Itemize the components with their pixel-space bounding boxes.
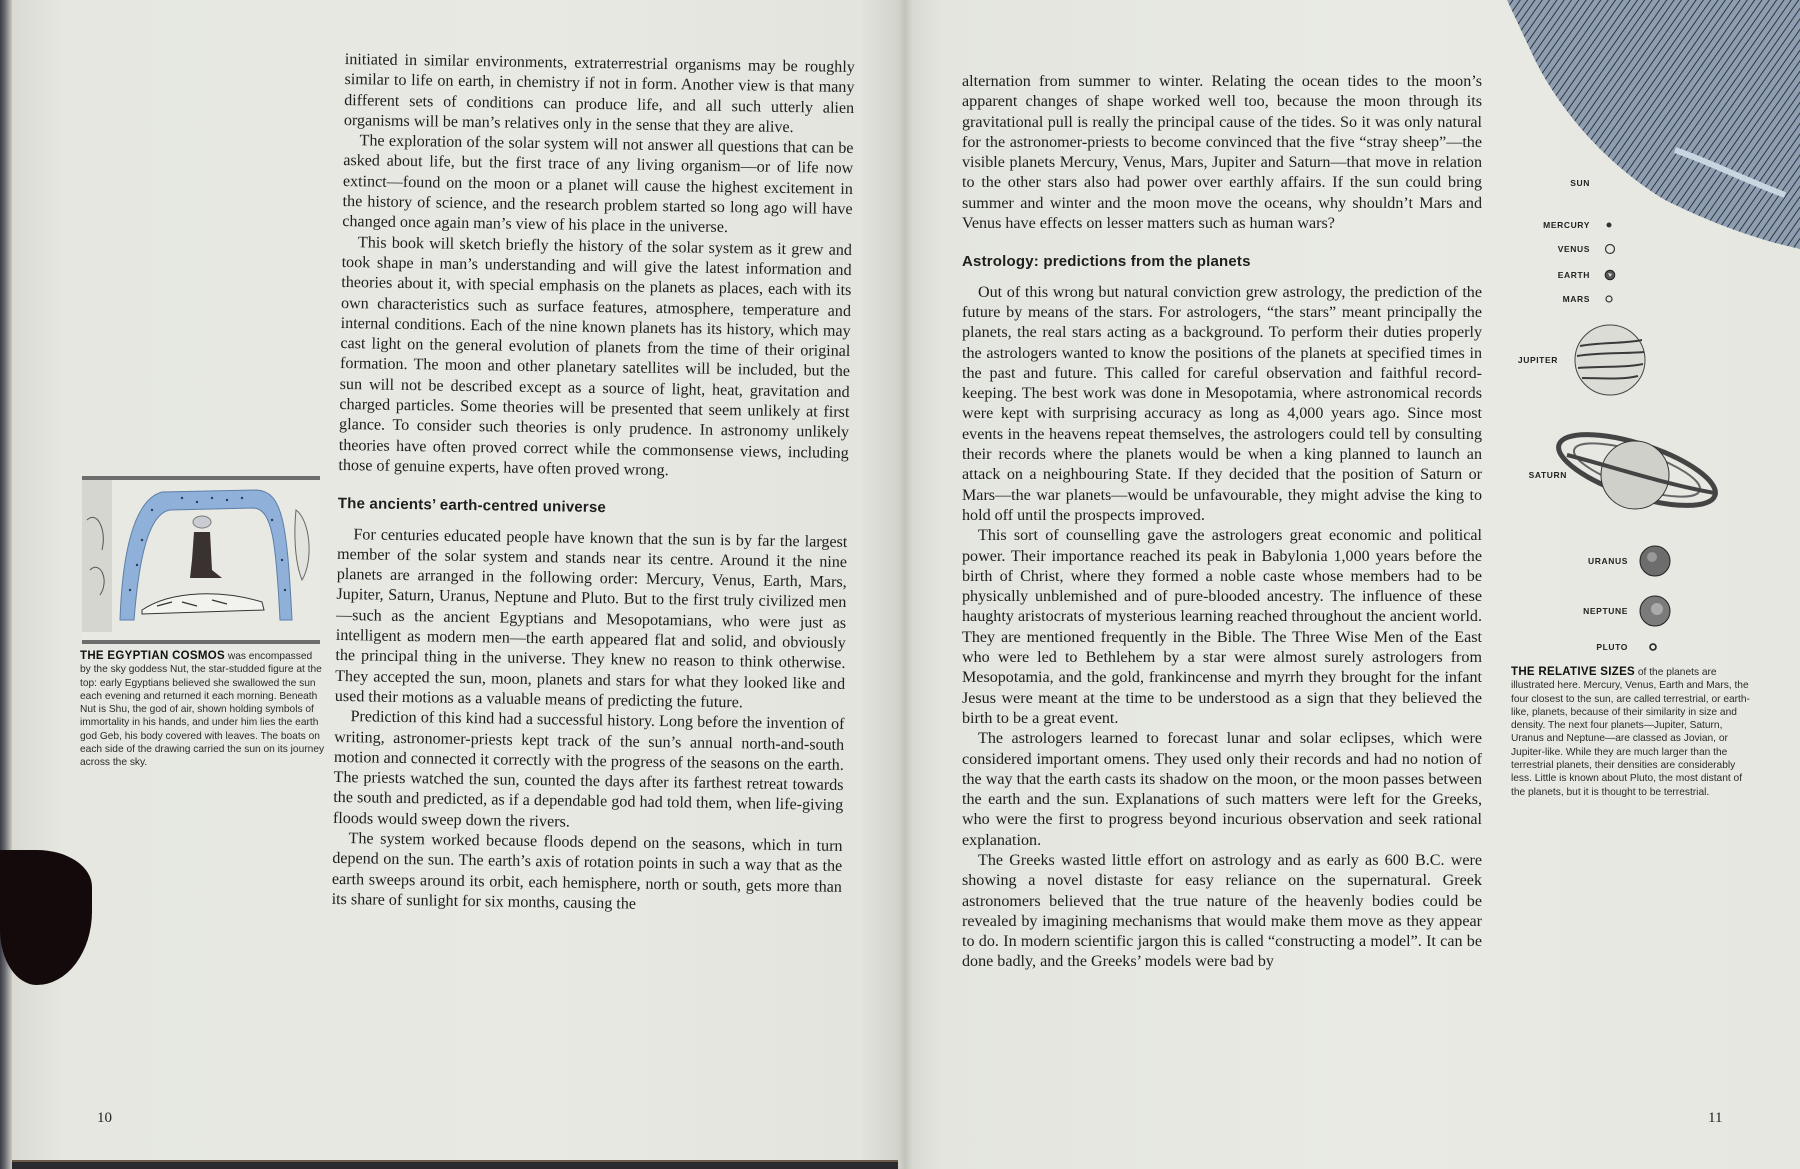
paragraph: This sort of counselling gave the astrol… bbox=[962, 526, 1482, 729]
paragraph: For centuries educated people have known… bbox=[335, 524, 848, 715]
planet-row-earth: EARTH bbox=[1500, 269, 1616, 281]
neptune-icon bbox=[1638, 594, 1672, 628]
section-heading: The ancients’ earth-centred universe bbox=[338, 494, 848, 522]
page-number-left: 10 bbox=[97, 1110, 112, 1127]
egyptian-cosmos-illustration bbox=[82, 476, 320, 644]
earth-icon bbox=[1604, 269, 1616, 281]
venus-icon bbox=[1604, 243, 1616, 255]
planet-label: PLUTO bbox=[1500, 642, 1628, 652]
planet-row-mercury: MERCURY bbox=[1500, 220, 1614, 230]
planet-row-uranus: URANUS bbox=[1500, 544, 1672, 578]
paragraph: Prediction of this kind had a successful… bbox=[333, 707, 845, 837]
egyptian-cosmos-caption: THE EGYPTIAN COSMOS was encompassed by t… bbox=[80, 650, 325, 770]
jupiter-icon bbox=[1572, 322, 1648, 398]
paragraph: The Greeks wasted little effort on astro… bbox=[962, 851, 1482, 973]
caption-text: of the planets are illustrated here. Mer… bbox=[1511, 667, 1750, 798]
paragraph: The astrologers learned to forecast luna… bbox=[962, 729, 1482, 851]
planet-row-venus: VENUS bbox=[1500, 243, 1616, 255]
planet-row-pluto: PLUTO bbox=[1500, 642, 1658, 652]
sun-icon bbox=[1505, 0, 1800, 250]
caption-title: THE EGYPTIAN COSMOS bbox=[80, 650, 225, 662]
mars-icon bbox=[1604, 294, 1614, 304]
saturn-icon bbox=[1547, 425, 1727, 525]
planet-row-saturn: SATURN bbox=[1527, 425, 1727, 525]
caption-text: was encompassed by the sky goddess Nut, … bbox=[80, 651, 324, 768]
planet-row-sun: SUN bbox=[1500, 178, 1604, 188]
paragraph: The system worked because floods depend … bbox=[331, 829, 842, 918]
book-spread: initiated in similar environments, extra… bbox=[0, 0, 1800, 1169]
planet-label: MERCURY bbox=[1500, 220, 1590, 230]
planet-label: SUN bbox=[1500, 178, 1590, 188]
nut-shu-geb-icon bbox=[82, 480, 320, 632]
planet-row-neptune: NEPTUNE bbox=[1500, 594, 1672, 628]
section-heading: Astrology: predictions from the planets bbox=[962, 252, 1482, 272]
planet-row-jupiter: JUPITER bbox=[1500, 322, 1648, 398]
paragraph: This book will sketch briefly the histor… bbox=[338, 233, 852, 485]
uranus-icon bbox=[1638, 544, 1672, 578]
pluto-icon bbox=[1648, 642, 1658, 652]
planet-label: MARS bbox=[1500, 294, 1590, 304]
planet-label: JUPITER bbox=[1500, 355, 1558, 365]
right-body-column: alternation from summer to winter. Relat… bbox=[962, 72, 1482, 973]
planet-label: VENUS bbox=[1500, 244, 1590, 254]
planet-label: EARTH bbox=[1500, 270, 1590, 280]
paragraph: Out of this wrong but natural conviction… bbox=[962, 283, 1482, 527]
planet-label: NEPTUNE bbox=[1500, 606, 1628, 616]
paragraph: alternation from summer to winter. Relat… bbox=[962, 72, 1482, 234]
planet-label: URANUS bbox=[1500, 556, 1628, 566]
planet-row-mars: MARS bbox=[1500, 294, 1614, 304]
book-gutter bbox=[898, 0, 912, 1169]
left-body-column: initiated in similar environments, extra… bbox=[331, 50, 854, 918]
page-number-right: 11 bbox=[1708, 1110, 1722, 1127]
caption-title: THE RELATIVE SIZES bbox=[1511, 666, 1635, 678]
mercury-icon bbox=[1604, 220, 1614, 230]
book-edge bbox=[0, 0, 12, 1169]
paragraph: The exploration of the solar system will… bbox=[342, 131, 854, 240]
relative-sizes-caption: THE RELATIVE SIZES of the planets are il… bbox=[1511, 666, 1751, 799]
paragraph: initiated in similar environments, extra… bbox=[344, 50, 855, 139]
